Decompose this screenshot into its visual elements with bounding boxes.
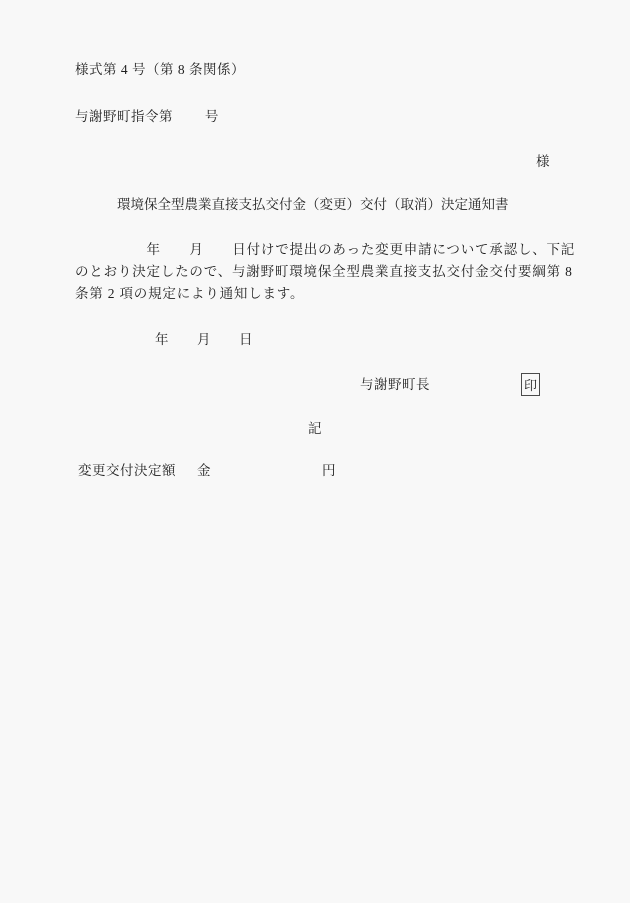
directive-number: 与謝野町指令第 号	[75, 109, 219, 125]
amount-currency-prefix: 金	[197, 463, 211, 479]
amount-label: 変更交付決定額	[78, 463, 176, 479]
amount-unit: 円	[322, 463, 336, 479]
body-line: 年 月 日付けで提出のあった変更申請について承認し、下記	[75, 242, 575, 258]
seal-stamp-box: 印	[521, 373, 540, 396]
body-line: のとおり決定したので、与謝野町環境保全型農業直接支払交付金交付要綱第 8	[75, 264, 573, 280]
document-title: 環境保全型農業直接支払交付金（変更）交付（取消）決定通知書	[117, 197, 509, 213]
document-page: 様式第 4 号（第 8 条関係） 与謝野町指令第 号 様 環境保全型農業直接支払…	[0, 0, 630, 903]
seal-stamp-label: 印	[524, 375, 537, 394]
addressee-suffix: 様	[536, 154, 550, 170]
issue-date-line: 年 月 日	[155, 332, 253, 348]
body-line: 条第 2 項の規定により通知します。	[75, 286, 304, 302]
record-heading: 記	[308, 421, 322, 437]
form-number: 様式第 4 号（第 8 条関係）	[75, 62, 245, 78]
issuer-name: 与謝野町長	[360, 377, 430, 393]
